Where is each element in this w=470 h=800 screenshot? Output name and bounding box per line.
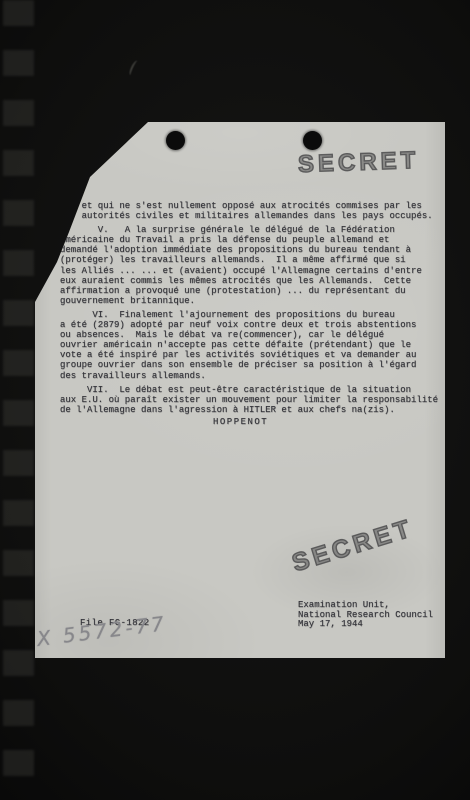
- secret-stamp-bottom: SECRET: [289, 514, 417, 578]
- paragraph-continuation: et qui ne s'est nullement opposé aux atr…: [60, 201, 445, 221]
- footer-unit-block: Examination Unit, National Research Coun…: [298, 601, 433, 630]
- film-sprocket-strip: [3, 0, 34, 800]
- paragraph-vii: VII. Le débat est peut-être caractéristi…: [60, 385, 445, 415]
- film-scratch-mark: [128, 59, 140, 76]
- paragraph-v: V. A la surprise générale le délégué de …: [60, 225, 445, 306]
- paragraph-vi: VI. Finalement l'ajournement des proposi…: [60, 310, 445, 381]
- hole-punch-right: [303, 131, 322, 150]
- secret-stamp-top: SECRET: [298, 147, 420, 179]
- document-body: et qui ne s'est nullement opposé aux atr…: [60, 201, 445, 419]
- signature-name: HOPPENOT: [213, 417, 268, 427]
- film-scan-background: SECRET et qui ne s'est nullement opposé …: [0, 0, 470, 800]
- hole-punch-left: [166, 131, 185, 150]
- document-page: SECRET et qui ne s'est nullement opposé …: [35, 122, 445, 658]
